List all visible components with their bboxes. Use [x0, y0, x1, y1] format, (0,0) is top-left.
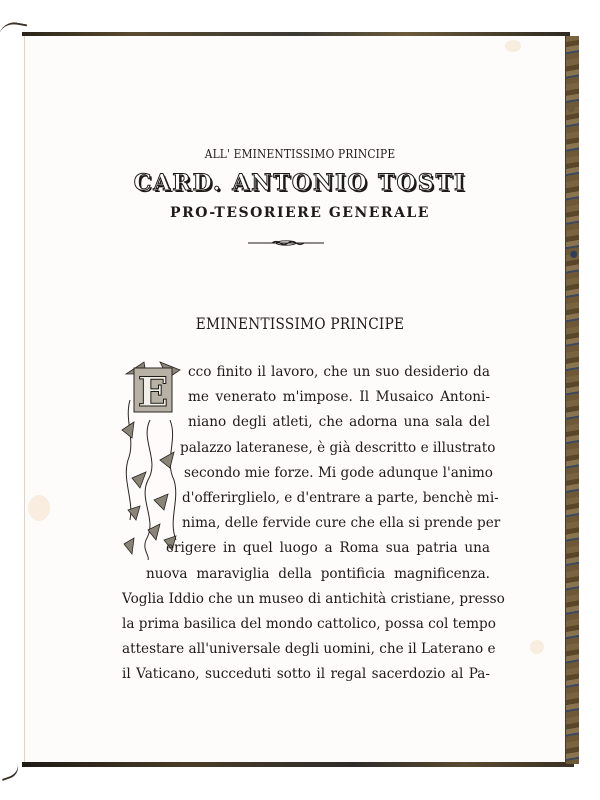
text-line: cco finito il lavoro, che un suo desider…	[188, 360, 490, 385]
ornament-divider-icon	[248, 240, 324, 246]
binding-top-edge	[22, 32, 570, 36]
dedicatee-title: PRO-TESORIERE GENERALE	[0, 205, 600, 221]
text-line: me venerato m'impose. Il Musaico Antoni-	[188, 385, 490, 410]
text-line: niano degli atleti, che adorna una sala …	[188, 410, 490, 435]
text-line: Voglia Iddio che un museo di antichità c…	[122, 587, 490, 612]
salutation-heading: EMINENTISSIMO PRINCIPE	[36, 315, 564, 333]
text-line: attestare all'universale degli uomini, c…	[122, 637, 490, 662]
body-text: cco finito il lavoro, che un suo desider…	[122, 360, 490, 688]
foxing-stain	[505, 40, 521, 52]
text-line: nima, delle fervide cure che ella si pre…	[182, 511, 490, 536]
text-line: erigere in quel luogo a Roma sua patria …	[166, 536, 490, 561]
dedication-line: ALL' EMINENTISSIMO PRINCIPE	[45, 146, 555, 161]
text-line: palazzo lateranese, è già descritto e il…	[180, 436, 490, 461]
text-line: secondo mie forze. Mi gode adunque l'ani…	[184, 461, 490, 486]
foxing-stain	[530, 640, 544, 654]
text-line: d'offerirglielo, e d'entrare a parte, be…	[182, 486, 490, 511]
text-line: il Vaticano, succeduti sotto il regal sa…	[122, 662, 490, 687]
text-line: nuova maraviglia della pontificia magnif…	[146, 562, 490, 587]
page-curl-bottom	[0, 763, 21, 781]
foxing-stain	[28, 495, 50, 521]
binding-bottom-edge	[22, 762, 574, 767]
dedicatee-name: CARD. ANTONIO TOSTI	[0, 170, 600, 196]
marbled-board-edge	[565, 36, 579, 764]
text-line: la prima basilica del mondo cattolico, p…	[122, 612, 490, 637]
page-left-edge	[24, 36, 25, 762]
